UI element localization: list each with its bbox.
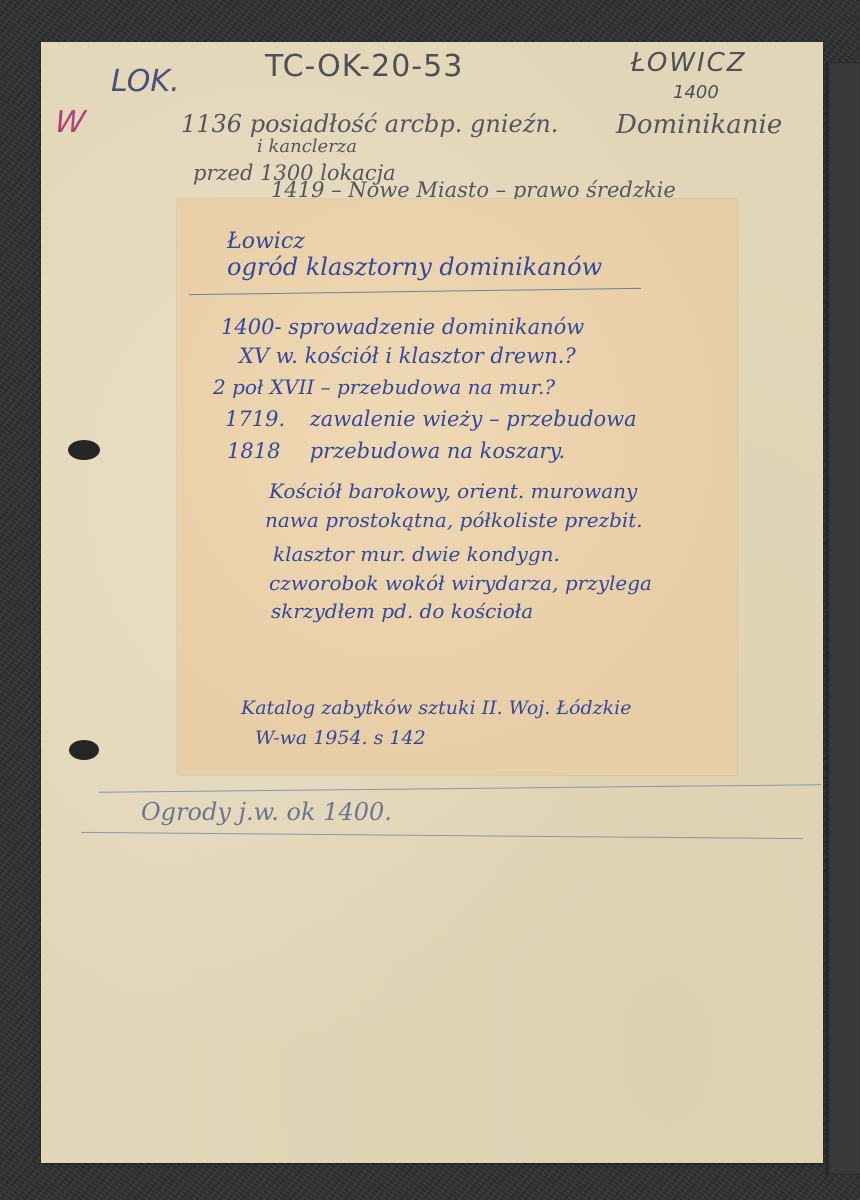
pencil-rule-bottom bbox=[81, 832, 803, 839]
description-line: klasztor mur. dwie kondygn. bbox=[273, 544, 560, 564]
chronology-date: XV w. bbox=[239, 344, 298, 368]
location-code: LOK. bbox=[111, 67, 180, 97]
description-line: Kościół barokowy, orient. murowany bbox=[269, 481, 637, 501]
chronology-text: sprowadzenie dominikanów bbox=[288, 315, 584, 339]
town-name: ŁOWICZ bbox=[631, 50, 747, 76]
chronology-entry: 1400- sprowadzenie dominikanów bbox=[221, 317, 584, 338]
punch-hole-top bbox=[68, 440, 100, 460]
check-mark: W bbox=[53, 108, 87, 138]
description-line: nawa prostokątna, półkoliste prezbit. bbox=[265, 510, 643, 530]
chronology-text: – przebudowa na mur.? bbox=[321, 375, 555, 399]
folder-strip bbox=[826, 62, 860, 1175]
header-year: 1400 bbox=[673, 84, 719, 102]
card-place: Łowicz bbox=[227, 231, 305, 253]
chronology-date: 1400- bbox=[221, 315, 282, 339]
card-title: ogród klasztorny dominikanów bbox=[227, 255, 602, 279]
chronology-date: 1818 bbox=[227, 441, 303, 462]
chronology-date: 1719. bbox=[225, 409, 303, 430]
archive-signature: TC-OK-20-53 bbox=[265, 52, 463, 82]
chronology-entry: 1818 przebudowa na koszary. bbox=[227, 441, 565, 462]
pasted-note-card: Łowicz ogród klasztorny dominikanów 1400… bbox=[177, 199, 737, 775]
chronology-date: 2 poł XVII bbox=[213, 375, 314, 399]
punch-hole-bottom bbox=[69, 740, 99, 760]
chronology-text: przebudowa na koszary. bbox=[310, 439, 565, 463]
chronology-text: kościół i klasztor drewn.? bbox=[305, 344, 576, 368]
source-line: Katalog zabytków sztuki II. Woj. Łódzkie bbox=[241, 699, 631, 718]
history-note: 1419 – Nowe Miasto – prawo średzkie bbox=[271, 180, 676, 201]
source-line: W-wa 1954. s 142 bbox=[255, 729, 426, 748]
description-line: czworobok wokół wirydarza, przylega bbox=[269, 573, 652, 593]
chronology-entry: 1719. zawalenie wieży – przebudowa bbox=[225, 409, 637, 430]
history-note: i kanclerza bbox=[257, 138, 357, 156]
footer-note: Ogrody j.w. ok 1400. bbox=[141, 800, 392, 824]
chronology-text: zawalenie wieży – przebudowa bbox=[310, 407, 637, 431]
title-underline bbox=[189, 288, 641, 295]
description-line: skrzydłem pd. do kościoła bbox=[271, 601, 533, 621]
history-note: 1136 posiadłość arcbp. gnieźn. bbox=[181, 112, 558, 136]
pencil-rule-top bbox=[99, 784, 821, 793]
chronology-entry: XV w. kościół i klasztor drewn.? bbox=[239, 346, 576, 367]
religious-order: Dominikanie bbox=[616, 112, 782, 138]
chronology-entry: 2 poł XVII – przebudowa na mur.? bbox=[213, 377, 555, 397]
